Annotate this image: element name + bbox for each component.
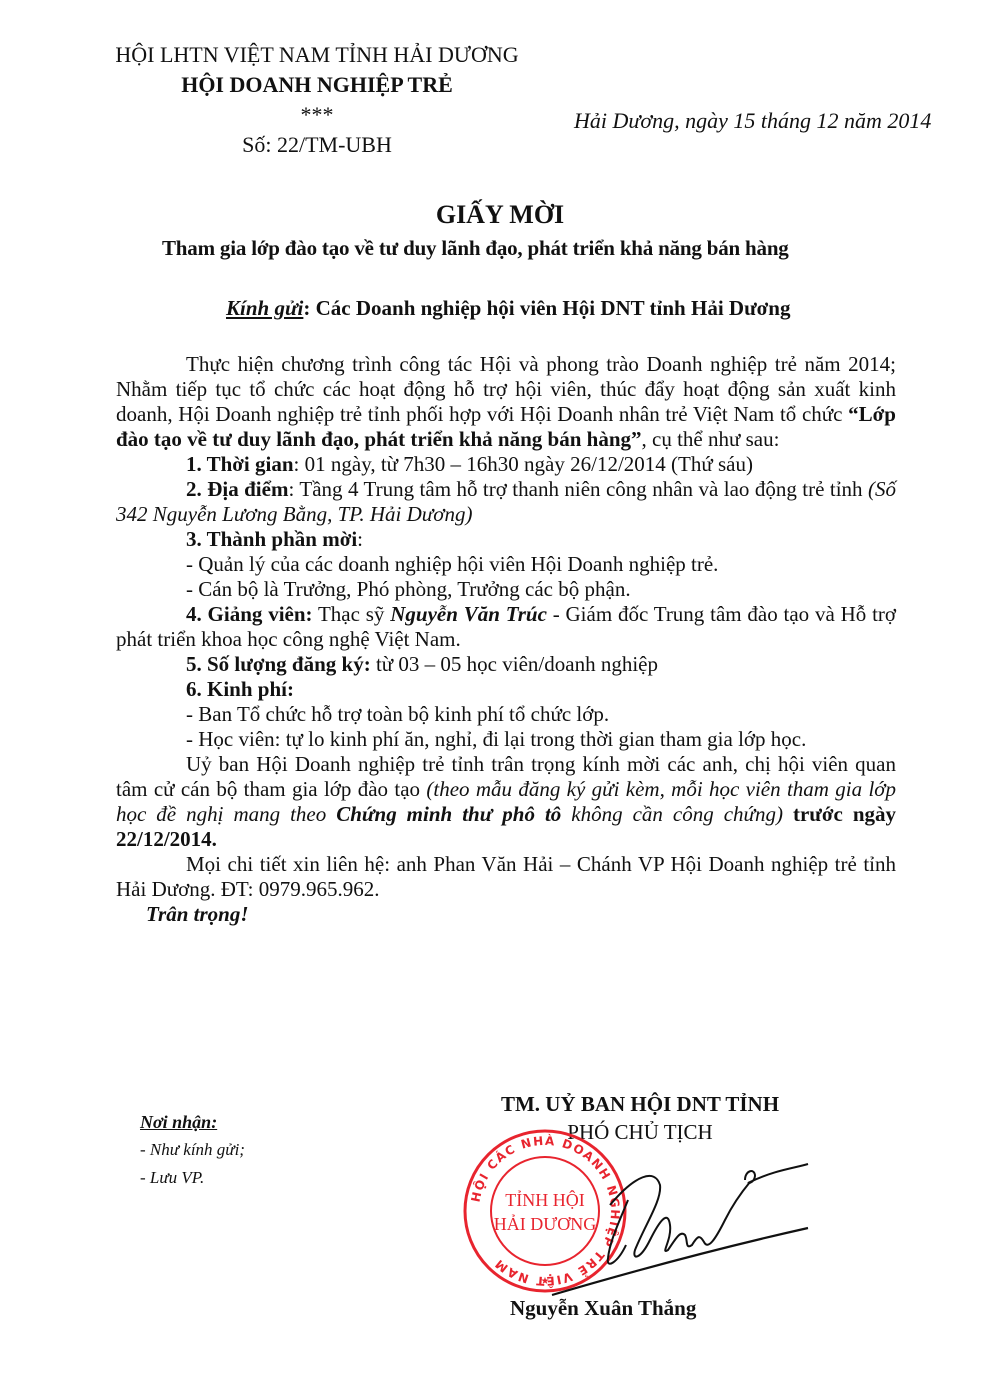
document-subtitle: Tham gia lớp đào tạo về tư duy lãnh đạo,… bbox=[162, 236, 789, 261]
issuer-org: HỘI DOANH NGHIỆP TRẺ bbox=[97, 70, 537, 100]
issuer-block: HỘI LHTN VIỆT NAM TỈNH HẢI DƯƠNG HỘI DOA… bbox=[97, 40, 537, 160]
signature-org: TM. UỶ BAN HỘI DNT TỈNH bbox=[480, 1090, 800, 1118]
document-body: Thực hiện chương trình công tác Hội và p… bbox=[116, 352, 896, 927]
recipient-line: - Lưu VP. bbox=[140, 1164, 245, 1192]
intro-paragraph: Thực hiện chương trình công tác Hội và p… bbox=[116, 352, 896, 452]
item-participants: 3. Thành phần mời: bbox=[116, 527, 896, 552]
addressee-label: Kính gửi bbox=[226, 296, 303, 320]
signatory-name: Nguyễn Xuân Thắng bbox=[510, 1296, 696, 1321]
place-date: Hải Dương, ngày 15 tháng 12 năm 2014 bbox=[574, 108, 931, 134]
invitation-paragraph: Uỷ ban Hội Doanh nghiệp trẻ tỉnh trân tr… bbox=[116, 752, 896, 852]
addressee: Kính gửi: Các Doanh nghiệp hội viên Hội … bbox=[226, 296, 790, 321]
closing: Trân trọng! bbox=[116, 902, 896, 927]
fee-line: - Học viên: tự lo kinh phí ăn, nghỉ, đi … bbox=[116, 727, 896, 752]
addressee-text: : Các Doanh nghiệp hội viên Hội DNT tỉnh… bbox=[303, 296, 790, 320]
contact-paragraph: Mọi chi tiết xin liên hệ: anh Phan Văn H… bbox=[116, 852, 896, 902]
recipients-heading: Nơi nhận: bbox=[140, 1108, 245, 1136]
recipient-line: - Như kính gửi; bbox=[140, 1136, 245, 1164]
issuer-parent-org: HỘI LHTN VIỆT NAM TỈNH HẢI DƯƠNG bbox=[97, 40, 537, 70]
separator-stars: *** bbox=[97, 100, 537, 130]
handwritten-signature-icon bbox=[540, 1140, 810, 1305]
item-venue: 2. Địa điểm: Tầng 4 Trung tâm hỗ trợ tha… bbox=[116, 477, 896, 527]
document-title: GIẤY MỜI bbox=[0, 200, 1000, 230]
fee-line: - Ban Tổ chức hỗ trợ toàn bộ kinh phí tổ… bbox=[116, 702, 896, 727]
item-lecturer: 4. Giảng viên: Thạc sỹ Nguyễn Văn Trúc -… bbox=[116, 602, 896, 652]
item-time: 1. Thời gian: 01 ngày, từ 7h30 – 16h30 n… bbox=[116, 452, 896, 477]
lecturer-name: Nguyễn Văn Trúc bbox=[390, 602, 547, 626]
item-fees: 6. Kinh phí: bbox=[116, 677, 896, 702]
item-quantity: 5. Số lượng đăng ký: từ 03 – 05 học viên… bbox=[116, 652, 896, 677]
participant-line: - Quản lý của các doanh nghiệp hội viên … bbox=[116, 552, 896, 577]
recipients-block: Nơi nhận: - Như kính gửi; - Lưu VP. bbox=[140, 1108, 245, 1192]
participant-line: - Cán bộ là Trưởng, Phó phòng, Trưởng cá… bbox=[116, 577, 896, 602]
document-number: Số: 22/TM-UBH bbox=[97, 130, 537, 160]
